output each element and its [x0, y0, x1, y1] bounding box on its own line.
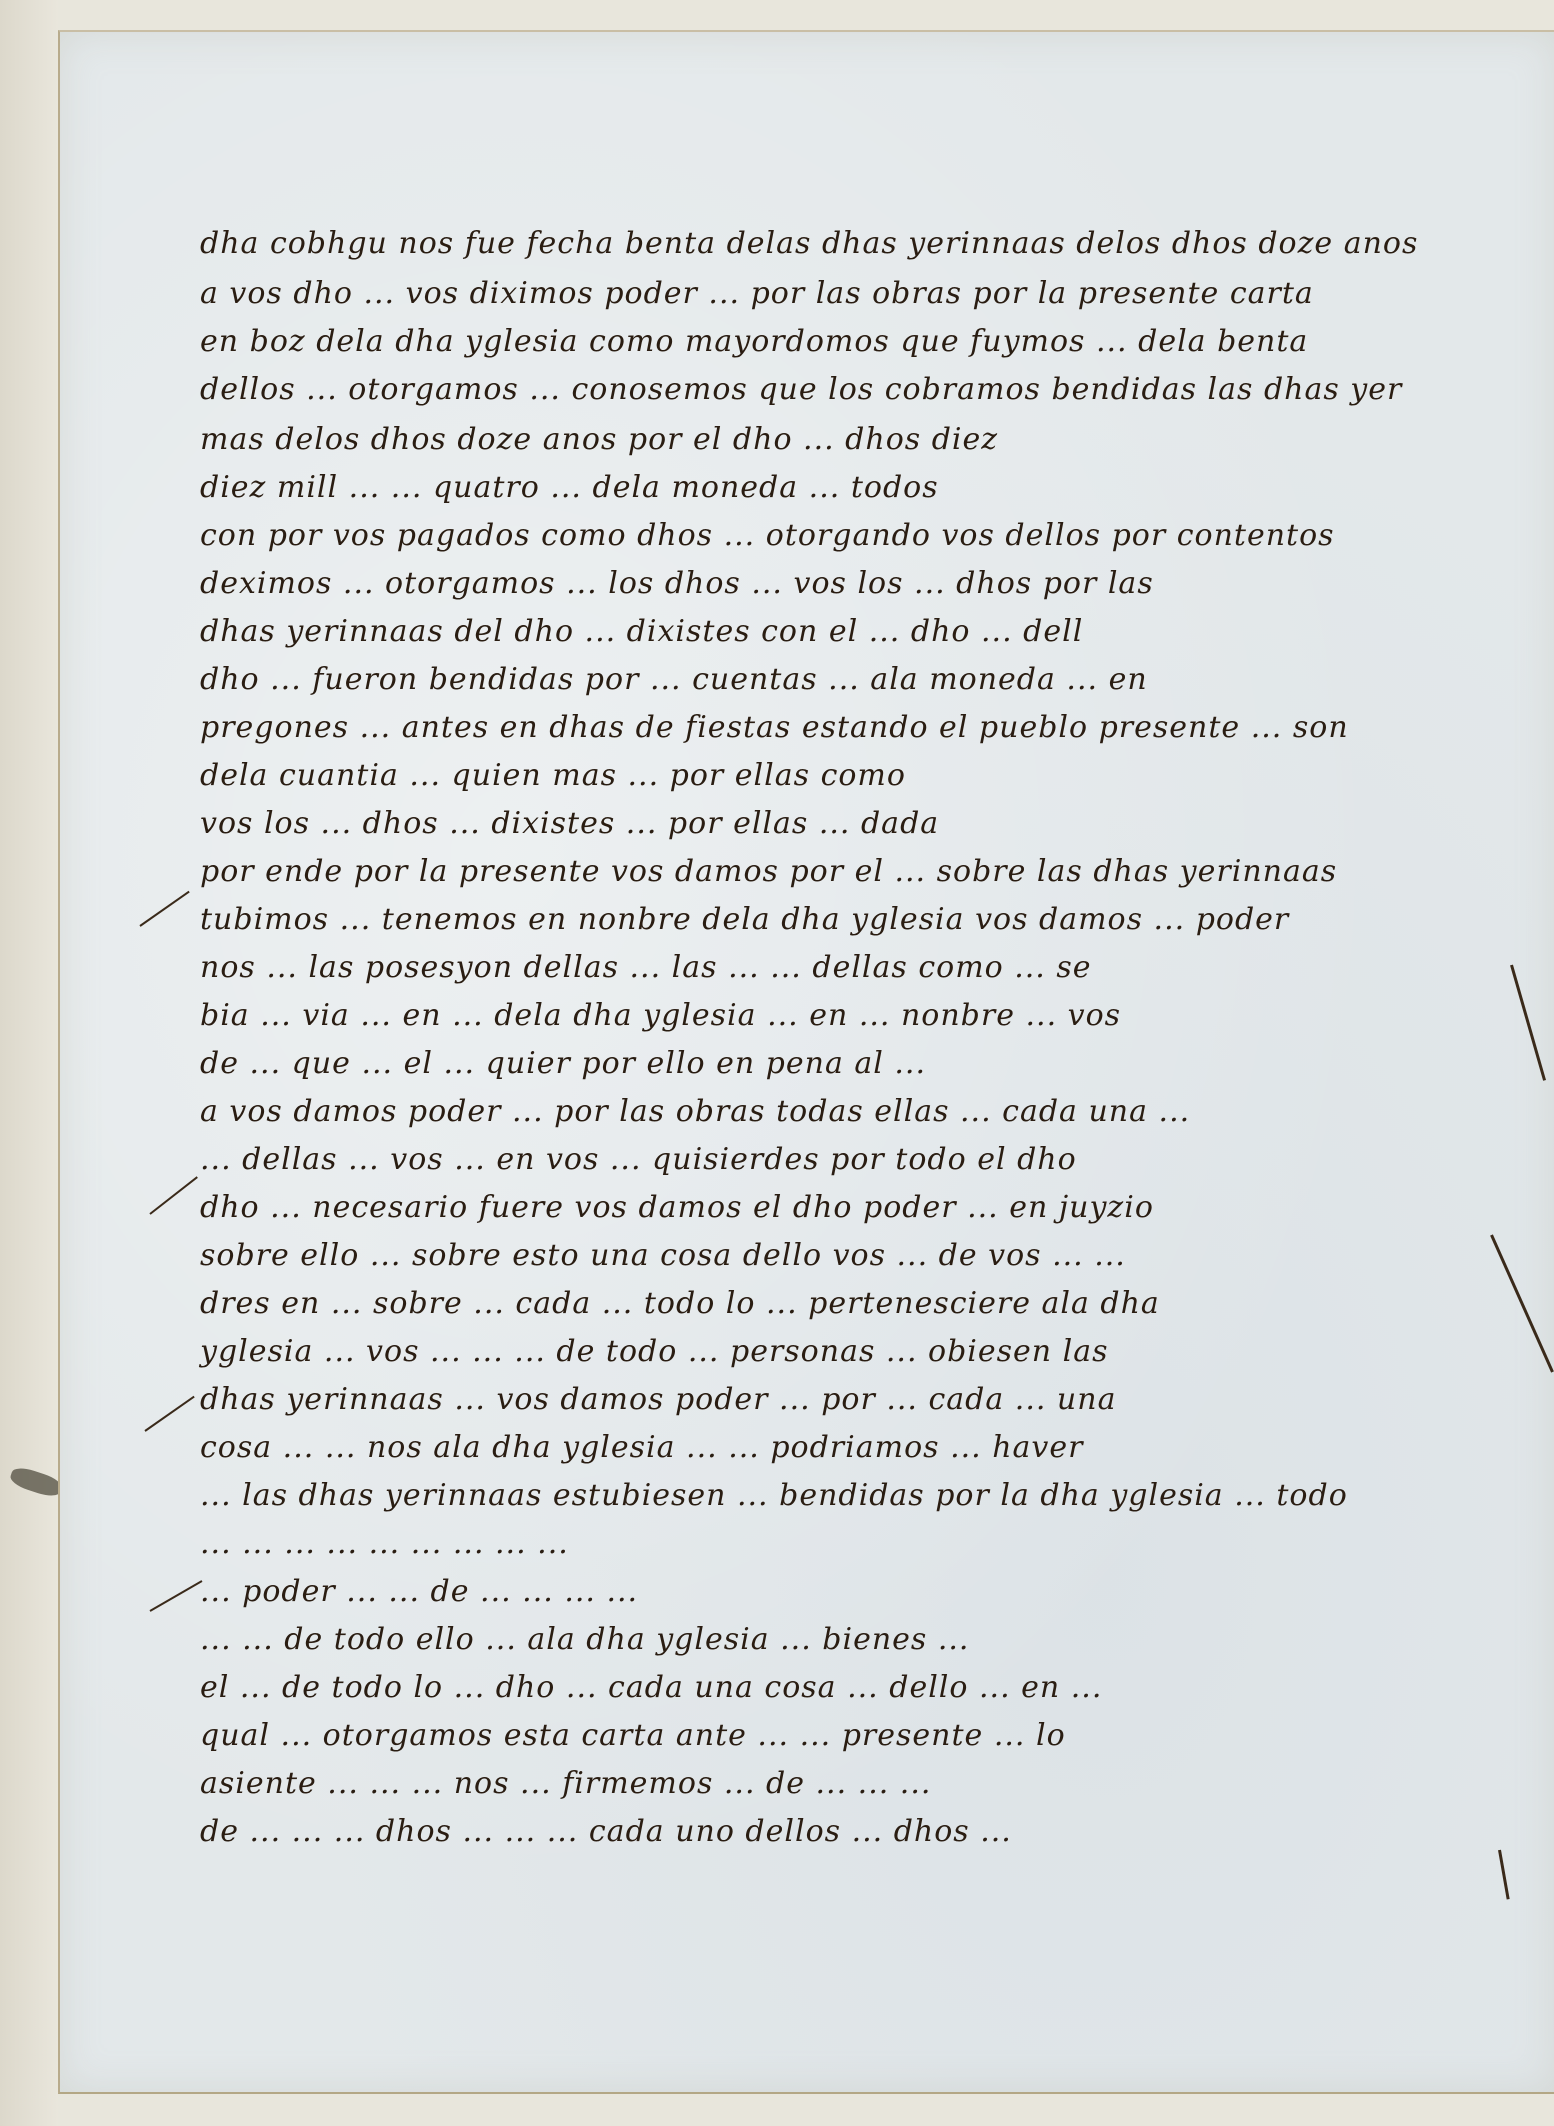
text-line: dhas yerinnaas del dho ... dixistes con … — [200, 614, 1083, 649]
text-line: diez mill ... ... quatro ... dela moneda… — [200, 470, 939, 505]
text-line: qual ... otorgamos esta carta ante ... .… — [200, 1718, 1066, 1753]
text-line: dhas yerinnaas ... vos damos poder ... p… — [200, 1382, 1116, 1417]
text-line: ... dellas ... vos ... en vos ... quisie… — [200, 1142, 1077, 1177]
text-line: ... las dhas yerinnaas estubiesen ... be… — [200, 1478, 1348, 1513]
text-line: el ... de todo lo ... dho ... cada una c… — [200, 1670, 1102, 1705]
text-line: dho ... necesario fuere vos damos el dho… — [200, 1190, 1154, 1225]
text-line: dela cuantia ... quien mas ... por ellas… — [200, 758, 906, 793]
text-line: vos los ... dhos ... dixistes ... por el… — [200, 806, 939, 841]
text-line: pregones ... antes en dhas de fiestas es… — [200, 710, 1349, 745]
text-line: en boz dela dha yglesia como mayordomos … — [200, 324, 1308, 359]
text-line: sobre ello ... sobre esto una cosa dello… — [200, 1238, 1126, 1273]
text-line: asiente ... ... ... nos ... firmemos ...… — [200, 1766, 931, 1801]
text-line: a vos dho ... vos diximos poder ... por … — [200, 276, 1314, 311]
text-line: bia ... via ... en ... dela dha yglesia … — [200, 998, 1121, 1033]
text-line: ... ... ... ... ... ... ... ... ... — [200, 1526, 569, 1561]
text-line: ... ... de todo ello ... ala dha yglesia… — [200, 1622, 969, 1657]
text-line: dellos ... otorgamos ... conosemos que l… — [200, 372, 1402, 407]
text-line: yglesia ... vos ... ... ... de todo ... … — [200, 1334, 1109, 1369]
text-line: cosa ... ... nos ala dha yglesia ... ...… — [200, 1430, 1083, 1465]
text-line: deximos ... otorgamos ... los dhos ... v… — [200, 566, 1154, 601]
text-line: dres en ... sobre ... cada ... todo lo .… — [200, 1286, 1160, 1321]
text-line: dho ... fueron bendidas por ... cuentas … — [200, 662, 1148, 697]
text-line: por ende por la presente vos damos por e… — [200, 854, 1337, 889]
text-line: a vos damos poder ... por las obras toda… — [200, 1094, 1190, 1129]
text-line: ... poder ... ... de ... ... ... ... — [200, 1574, 638, 1609]
text-line: de ... ... ... dhos ... ... ... cada uno… — [200, 1814, 1012, 1849]
text-line: dha cobhgu nos fue fecha benta delas dha… — [200, 226, 1418, 261]
text-line: tubimos ... tenemos en nonbre dela dha y… — [200, 902, 1289, 937]
text-line: nos ... las posesyon dellas ... las ... … — [200, 950, 1092, 985]
text-line: mas delos dhos doze anos por el dho ... … — [200, 422, 998, 457]
text-line: con por vos pagados como dhos ... otorga… — [200, 518, 1335, 553]
previous-page-edge — [0, 0, 58, 2126]
text-line: de ... que ... el ... quier por ello en … — [200, 1046, 926, 1081]
